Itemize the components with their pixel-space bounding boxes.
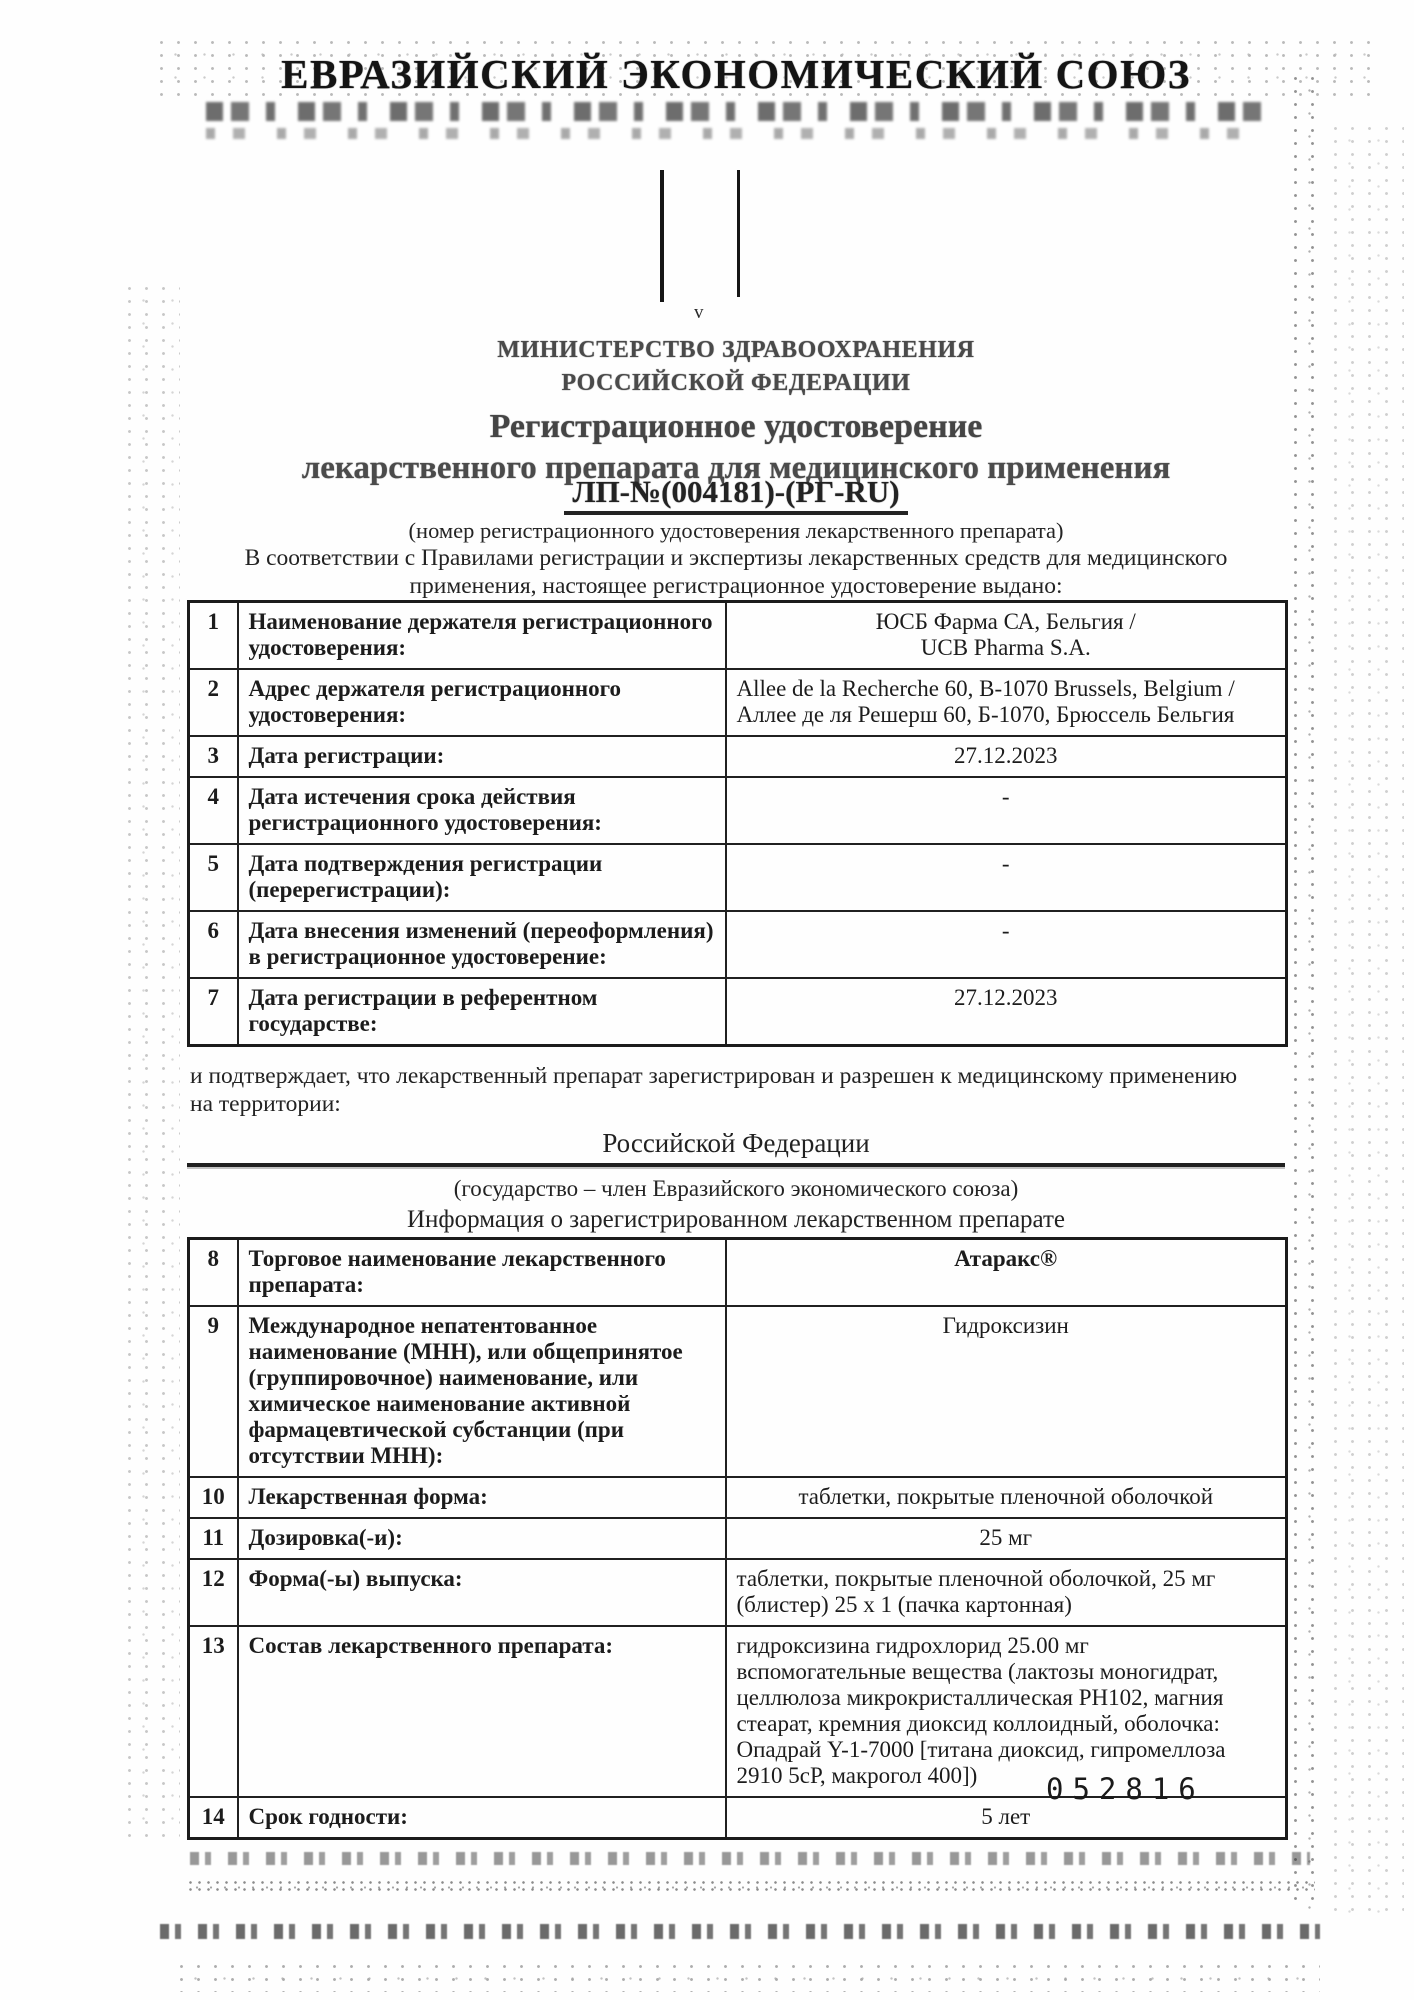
table-row: 10Лекарственная форма:таблетки, покрытые… <box>189 1477 1287 1518</box>
row-number: 2 <box>189 669 238 736</box>
row-number: 6 <box>189 911 238 978</box>
scan-noise-right-dense <box>1284 70 1318 1910</box>
row-number: 1 <box>189 602 238 670</box>
row-label: Форма(-ы) выпуска: <box>238 1559 726 1626</box>
scan-noise-bottom-3 <box>160 1924 1320 1939</box>
product-info-heading: Информация о зарегистрированном лекарств… <box>187 1206 1285 1234</box>
row-number: 8 <box>189 1239 238 1307</box>
registration-number-row: ЛП-№(004181)-(РГ-RU) <box>187 474 1285 515</box>
row-value: - <box>726 777 1287 844</box>
product-table: 8Торговое наименование лекарственного пр… <box>187 1237 1288 1840</box>
table-row: 6Дата внесения изменений (переоформления… <box>189 911 1287 978</box>
row-label: Срок годности: <box>238 1797 726 1839</box>
row-label: Дата истечения срока действия регистраци… <box>238 777 726 844</box>
table-row: 4Дата истечения срока действия регистрац… <box>189 777 1287 844</box>
row-label: Международное непатентованное наименован… <box>238 1306 726 1477</box>
row-number: 5 <box>189 844 238 911</box>
row-number: 3 <box>189 736 238 777</box>
row-number: 12 <box>189 1559 238 1626</box>
table-row: 11Дозировка(-и):25 мг <box>189 1518 1287 1559</box>
territory-name: Российской Федерации <box>187 1128 1285 1159</box>
row-label: Лекарственная форма: <box>238 1477 726 1518</box>
territory-caption: (государство – член Евразийского экономи… <box>187 1176 1285 1202</box>
intro-paragraph: В соответствии с Правилами регистрации и… <box>187 545 1285 600</box>
table-row: 3Дата регистрации:27.12.2023 <box>189 736 1287 777</box>
serial-stamp-number: 052816 <box>1046 1772 1205 1806</box>
scanned-document: ЕВРАЗИЙСКИЙ ЭКОНОМИЧЕСКИЙ СОЮЗ v МИНИСТЕ… <box>0 0 1414 2000</box>
table-row: 1Наименование держателя регистрационного… <box>189 602 1287 670</box>
table-row: 5Дата подтверждения регистрации (перерег… <box>189 844 1287 911</box>
row-number: 14 <box>189 1797 238 1839</box>
row-value: 25 мг <box>726 1518 1287 1559</box>
row-label: Дата внесения изменений (переоформления)… <box>238 911 726 978</box>
divider-line <box>187 1163 1285 1167</box>
row-value: - <box>726 844 1287 911</box>
scan-smudge-band <box>206 102 1270 146</box>
scan-noise-left <box>118 280 180 1840</box>
table-row: 8Торговое наименование лекарственного пр… <box>189 1239 1287 1307</box>
row-value: Гидроксизин <box>726 1306 1287 1477</box>
row-value: Атаракс® <box>726 1239 1287 1307</box>
row-label: Состав лекарственного препарата: <box>238 1626 726 1797</box>
row-value: Allee de la Recherche 60, B-1070 Brussel… <box>726 669 1287 736</box>
row-value: ЮСБ Фарма СА, Бельгия / UCB Pharma S.A. <box>726 602 1287 670</box>
table-row: 2Адрес держателя регистрационного удосто… <box>189 669 1287 736</box>
confirmation-paragraph: и подтверждает, что лекарственный препар… <box>190 1062 1294 1118</box>
row-label: Дата подтверждения регистрации (перереги… <box>238 844 726 911</box>
row-label: Торговое наименование лекарственного пре… <box>238 1239 726 1307</box>
row-value: - <box>726 911 1287 978</box>
ministry-name: МИНИСТЕРСТВО ЗДРАВООХРАНЕНИЯ РОССИЙСКОЙ … <box>187 334 1285 400</box>
row-number: 9 <box>189 1306 238 1477</box>
table-row: 12Форма(-ы) выпуска:таблетки, покрытые п… <box>189 1559 1287 1626</box>
scan-noise-right-sparse <box>1324 120 1404 1920</box>
table-row: 9Международное непатентованное наименова… <box>189 1306 1287 1477</box>
row-label: Дата регистрации: <box>238 736 726 777</box>
row-value: 27.12.2023 <box>726 978 1287 1046</box>
holder-table: 1Наименование держателя регистрационного… <box>187 600 1288 1047</box>
row-label: Адрес держателя регистрационного удостов… <box>238 669 726 736</box>
row-value: 27.12.2023 <box>726 736 1287 777</box>
row-label: Дозировка(-и): <box>238 1518 726 1559</box>
emblem-mark: v <box>660 170 750 320</box>
scan-noise-bottom-2 <box>185 1878 1315 1894</box>
document-title-line1: Регистрационное удостоверение <box>187 408 1285 446</box>
registration-number: ЛП-№(004181)-(РГ-RU) <box>564 474 907 515</box>
row-number: 7 <box>189 978 238 1046</box>
emblem-check-mark: v <box>694 302 704 324</box>
row-number: 4 <box>189 777 238 844</box>
row-number: 10 <box>189 1477 238 1518</box>
scan-noise-bottom-1 <box>190 1852 1310 1865</box>
emblem-line-left-icon <box>660 170 664 302</box>
row-value: таблетки, покрытые пленочной оболочкой <box>726 1477 1287 1518</box>
table-row: 7Дата регистрации в референтном государс… <box>189 978 1287 1046</box>
row-number: 13 <box>189 1626 238 1797</box>
row-number: 11 <box>189 1518 238 1559</box>
emblem-line-right-icon <box>737 170 740 297</box>
row-value: таблетки, покрытые пленочной оболочкой, … <box>726 1559 1287 1626</box>
row-label: Наименование держателя регистрационного … <box>238 602 726 670</box>
scan-noise-bottom-4 <box>170 1958 1320 1992</box>
union-title: ЕВРАЗИЙСКИЙ ЭКОНОМИЧЕСКИЙ СОЮЗ <box>187 50 1285 98</box>
row-label: Дата регистрации в референтном государст… <box>238 978 726 1046</box>
registration-number-caption: (номер регистрационного удостоверения ле… <box>187 518 1285 544</box>
